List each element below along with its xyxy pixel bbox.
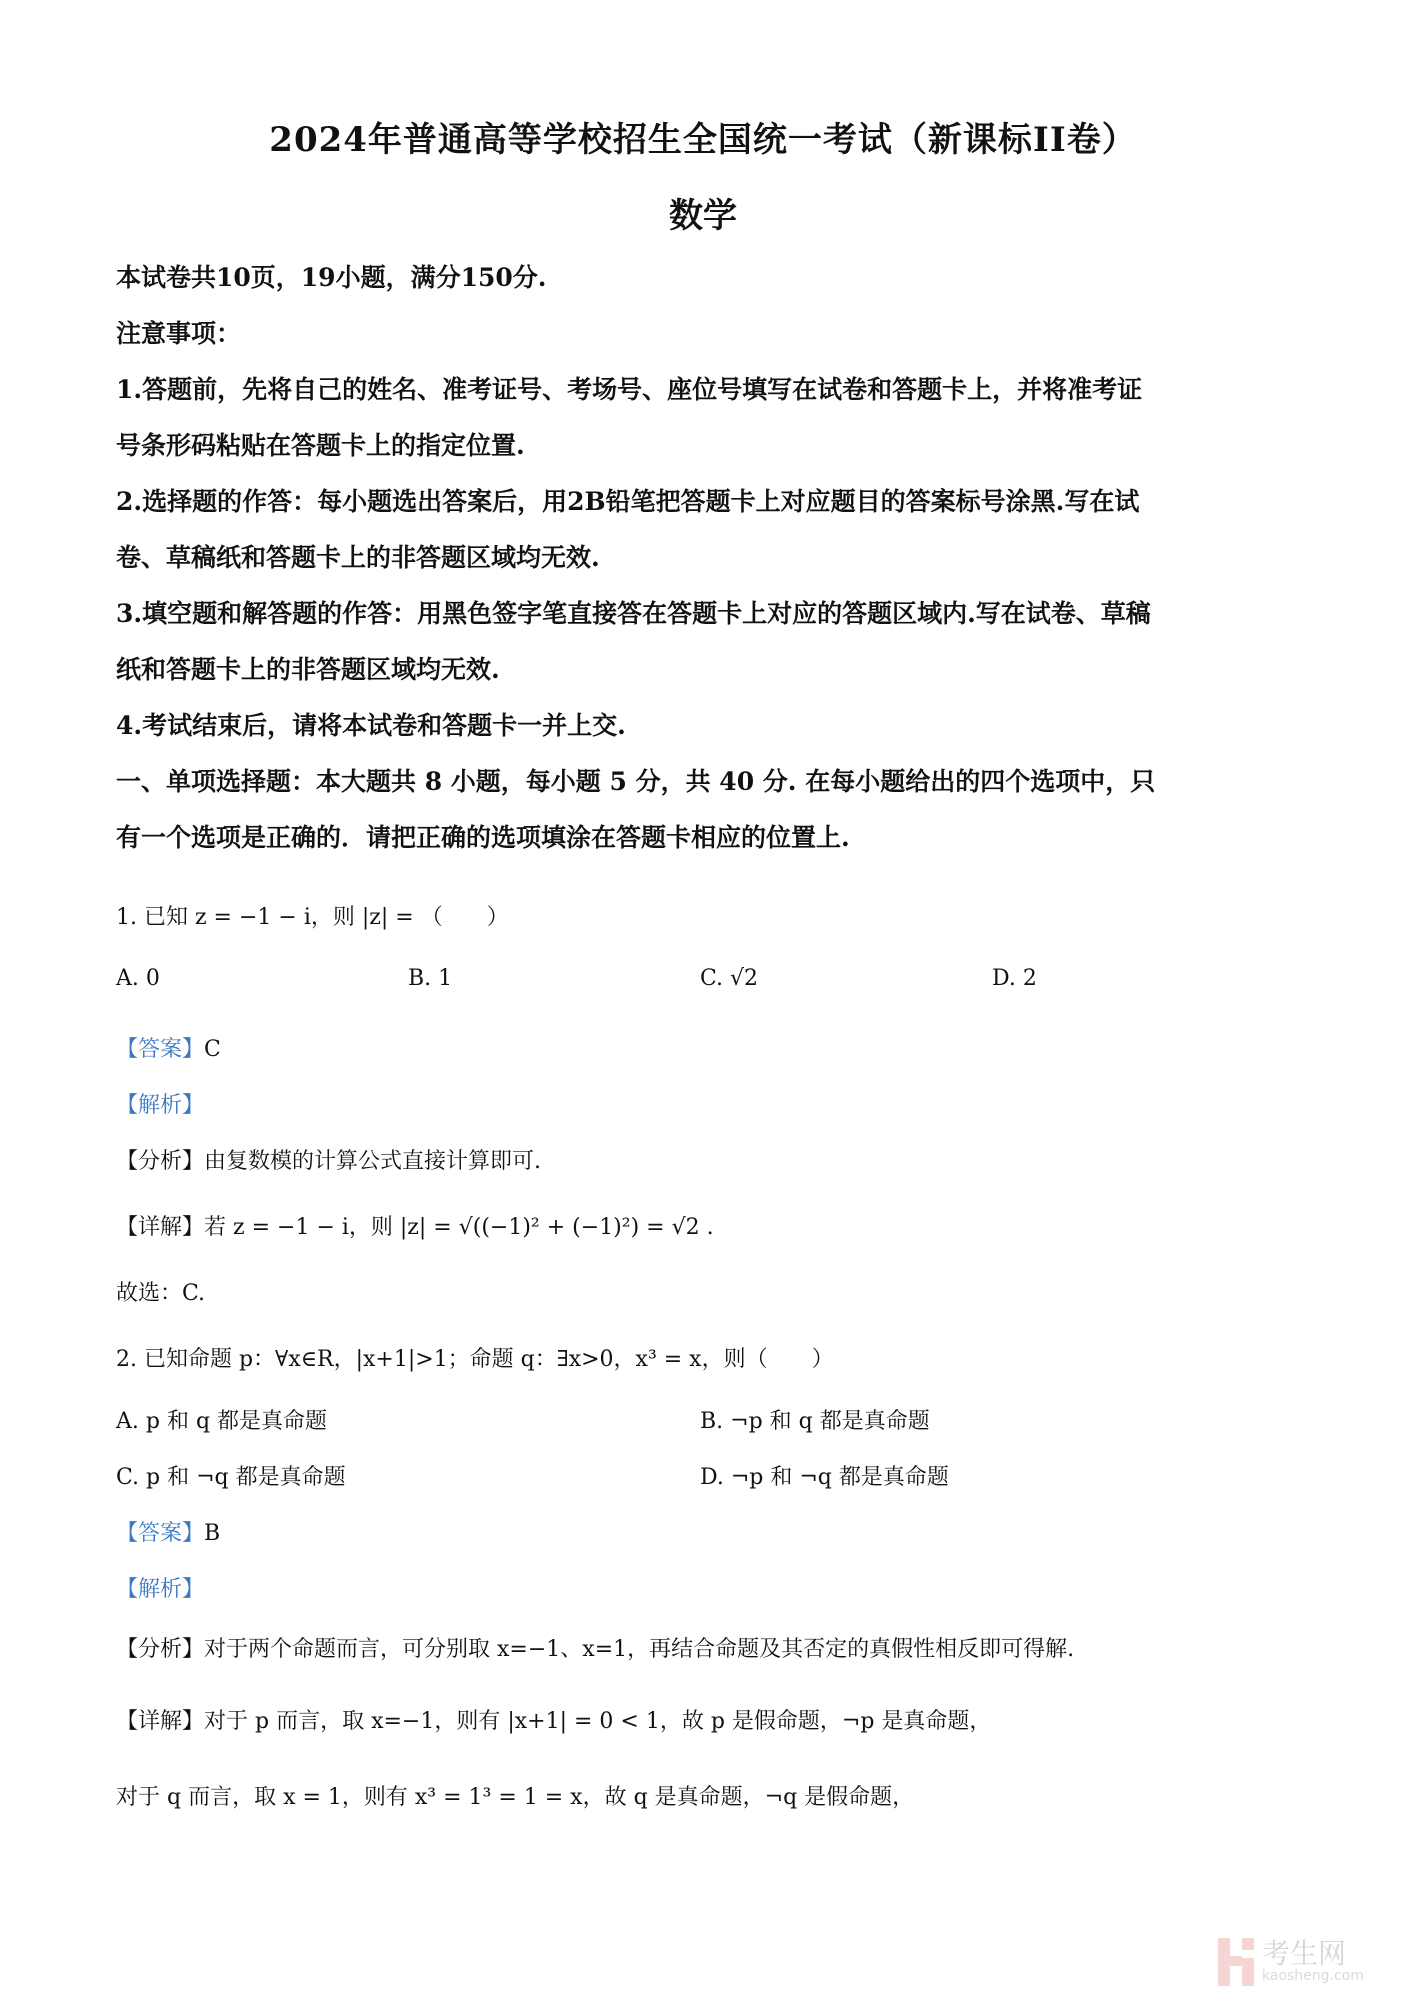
- q1-answer: C: [204, 1037, 221, 1062]
- q1-option-a: A. 0: [116, 966, 160, 991]
- exam-title: 2024年普通高等学校招生全国统一考试（新课标II卷）: [0, 112, 1406, 161]
- section-heading-line-2: 有一个选项是正确的．请把正确的选项填涂在答题卡相应的位置上.: [116, 818, 850, 854]
- q2-answer-row: 【答案】B: [116, 1516, 220, 1547]
- answer-label: 【答案】: [116, 1521, 204, 1546]
- watermark-url: kaosheng.com: [1262, 1968, 1364, 1984]
- q2-xiangjie: 对于 p 而言，取 x=−1，则有 |x+1| = 0 < 1，故 p 是假命题…: [204, 1709, 991, 1734]
- q1-option-d: D. 2: [992, 966, 1037, 991]
- q1-xiangjie-row: 【详解】若 z = −1 − i，则 |z| = √((−1)² + (−1)²…: [116, 1210, 714, 1241]
- q1-answer-row: 【答案】C: [116, 1032, 221, 1063]
- q2-fenxi-row: 【分析】对于两个命题而言，可分别取 x=−1、x=1，再结合命题及其否定的真假性…: [116, 1632, 1074, 1663]
- q1-analysis-label: 【解析】: [116, 1088, 204, 1119]
- fenxi-label: 【分析】: [116, 1637, 204, 1662]
- q1-fenxi: 由复数模的计算公式直接计算即可.: [204, 1149, 541, 1174]
- q1-option-c: C. √2: [700, 966, 758, 991]
- q2-continuation: 对于 q 而言，取 x = 1，则有 x³ = 1³ = 1 = x，故 q 是…: [116, 1780, 914, 1811]
- q1-fenxi-row: 【分析】由复数模的计算公式直接计算即可.: [116, 1144, 541, 1175]
- q2-answer: B: [204, 1521, 220, 1546]
- fenxi-label: 【分析】: [116, 1149, 204, 1174]
- xiangjie-label: 【详解】: [116, 1215, 204, 1240]
- q2-fenxi: 对于两个命题而言，可分别取 x=−1、x=1，再结合命题及其否定的真假性相反即可…: [204, 1637, 1074, 1662]
- q2-analysis-label: 【解析】: [116, 1572, 204, 1603]
- watermark: 考生网 kaosheng.com: [1218, 1932, 1396, 1992]
- note-line-3: 2.选择题的作答：每小题选出答案后，用2B铅笔把答题卡上对应题目的答案标号涂黑.…: [116, 482, 1139, 518]
- answer-label: 【答案】: [116, 1037, 204, 1062]
- note-line-5: 3.填空题和解答题的作答：用黑色签字笔直接答在答题卡上对应的答题区域内.写在试卷…: [116, 594, 1151, 630]
- kaosheng-logo-icon: [1218, 1938, 1254, 1986]
- q1-xiangjie: 若 z = −1 − i，则 |z| = √((−1)² + (−1)²) = …: [204, 1215, 714, 1240]
- exam-subject: 数学: [0, 188, 1406, 237]
- note-line-4: 卷、草稿纸和答题卡上的非答题区域均无效.: [116, 538, 600, 574]
- exam-summary: 本试卷共10页，19小题，满分150分.: [116, 258, 546, 294]
- question-1-stem: 1. 已知 z = −1 − i，则 |z| = （ ）: [116, 900, 509, 931]
- xiangjie-label: 【详解】: [116, 1709, 204, 1734]
- note-line-1: 1.答题前，先将自己的姓名、准考证号、考场号、座位号填写在试卷和答题卡上，并将准…: [116, 370, 1142, 406]
- note-line-6: 纸和答题卡上的非答题区域均无效.: [116, 650, 500, 686]
- q2-option-b: B. ¬p 和 q 都是真命题: [700, 1404, 930, 1435]
- q1-option-b: B. 1: [408, 966, 452, 991]
- q1-conclusion: 故选：C.: [116, 1276, 205, 1307]
- question-2-stem: 2. 已知命题 p：∀x∈R，|x+1|>1；命题 q：∃x>0，x³ = x，…: [116, 1342, 834, 1373]
- watermark-brand: 考生网: [1262, 1932, 1346, 1972]
- q2-option-d: D. ¬p 和 ¬q 都是真命题: [700, 1460, 949, 1491]
- note-line-2: 号条形码粘贴在答题卡上的指定位置.: [116, 426, 525, 462]
- notice-heading: 注意事项：: [116, 314, 241, 350]
- q2-xiangjie-row: 【详解】对于 p 而言，取 x=−1，则有 |x+1| = 0 < 1，故 p …: [116, 1704, 991, 1735]
- section-heading-line-1: 一、单项选择题：本大题共 8 小题，每小题 5 分，共 40 分. 在每小题给出…: [116, 762, 1155, 798]
- q2-option-a: A. p 和 q 都是真命题: [116, 1404, 327, 1435]
- note-line-7: 4.考试结束后，请将本试卷和答题卡一并上交.: [116, 706, 626, 742]
- q2-option-c: C. p 和 ¬q 都是真命题: [116, 1460, 346, 1491]
